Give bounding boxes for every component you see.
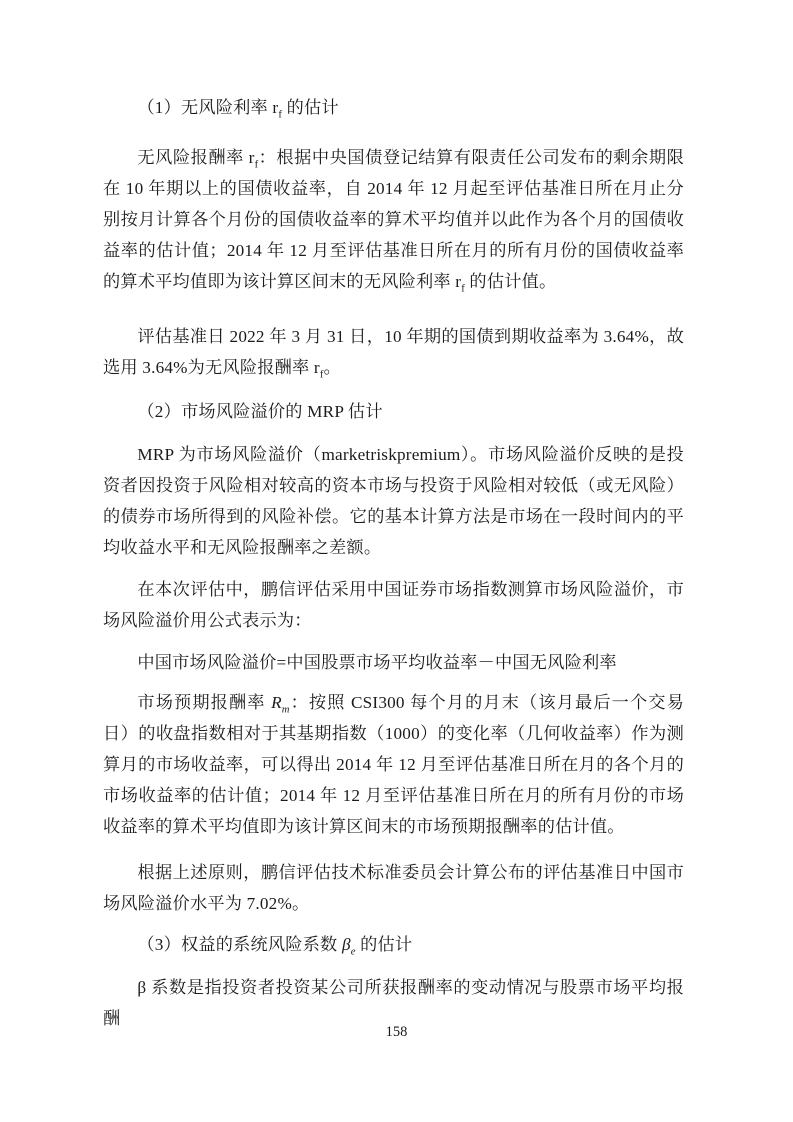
paragraph-risk-free-value: 评估基准日 2022 年 3 月 31 日，10 年期的国债到期收益率为 3.6… (103, 321, 684, 383)
paragraph-risk-free-method: 无风险报酬率 rf：根据中央国债登记结算有限责任公司发布的剩余期限在 10 年期… (103, 142, 684, 297)
paragraph-mrp-definition: MRP 为市场风险溢价（marketriskpremium）。市场风险溢价反映的… (103, 439, 684, 563)
section-heading-mrp: （2）市场风险溢价的 MRP 估计 (103, 396, 684, 427)
document-body: （1）无风险利率 rf 的估计 无风险报酬率 rf：根据中央国债登记结算有限责任… (103, 92, 684, 1034)
document-page: （1）无风险利率 rf 的估计 无风险报酬率 rf：根据中央国债登记结算有限责任… (0, 0, 793, 1122)
page-footer: 158 (0, 1017, 793, 1048)
formula-market-risk-premium: 中国市场风险溢价=中国股票市场平均收益率－中国无风险利率 (103, 647, 684, 678)
section-heading-beta: （3）权益的系统风险系数 βe 的估计 (103, 929, 684, 960)
section-heading-risk-free-rate: （1）无风险利率 rf 的估计 (103, 92, 684, 123)
page-number: 158 (386, 1024, 408, 1040)
paragraph-expected-market-return: 市场预期报酬率 Rm：按照 CSI300 每个月的月末（该月最后一个交易日）的收… (103, 687, 684, 842)
paragraph-mrp-value: 根据上述原则，鹏信评估技术标准委员会计算公布的评估基准日中国市场风险溢价水平为 … (103, 857, 684, 919)
paragraph-mrp-approach: 在本次评估中，鹏信评估采用中国证券市场指数测算市场风险溢价，市场风险溢价用公式表… (103, 574, 684, 636)
